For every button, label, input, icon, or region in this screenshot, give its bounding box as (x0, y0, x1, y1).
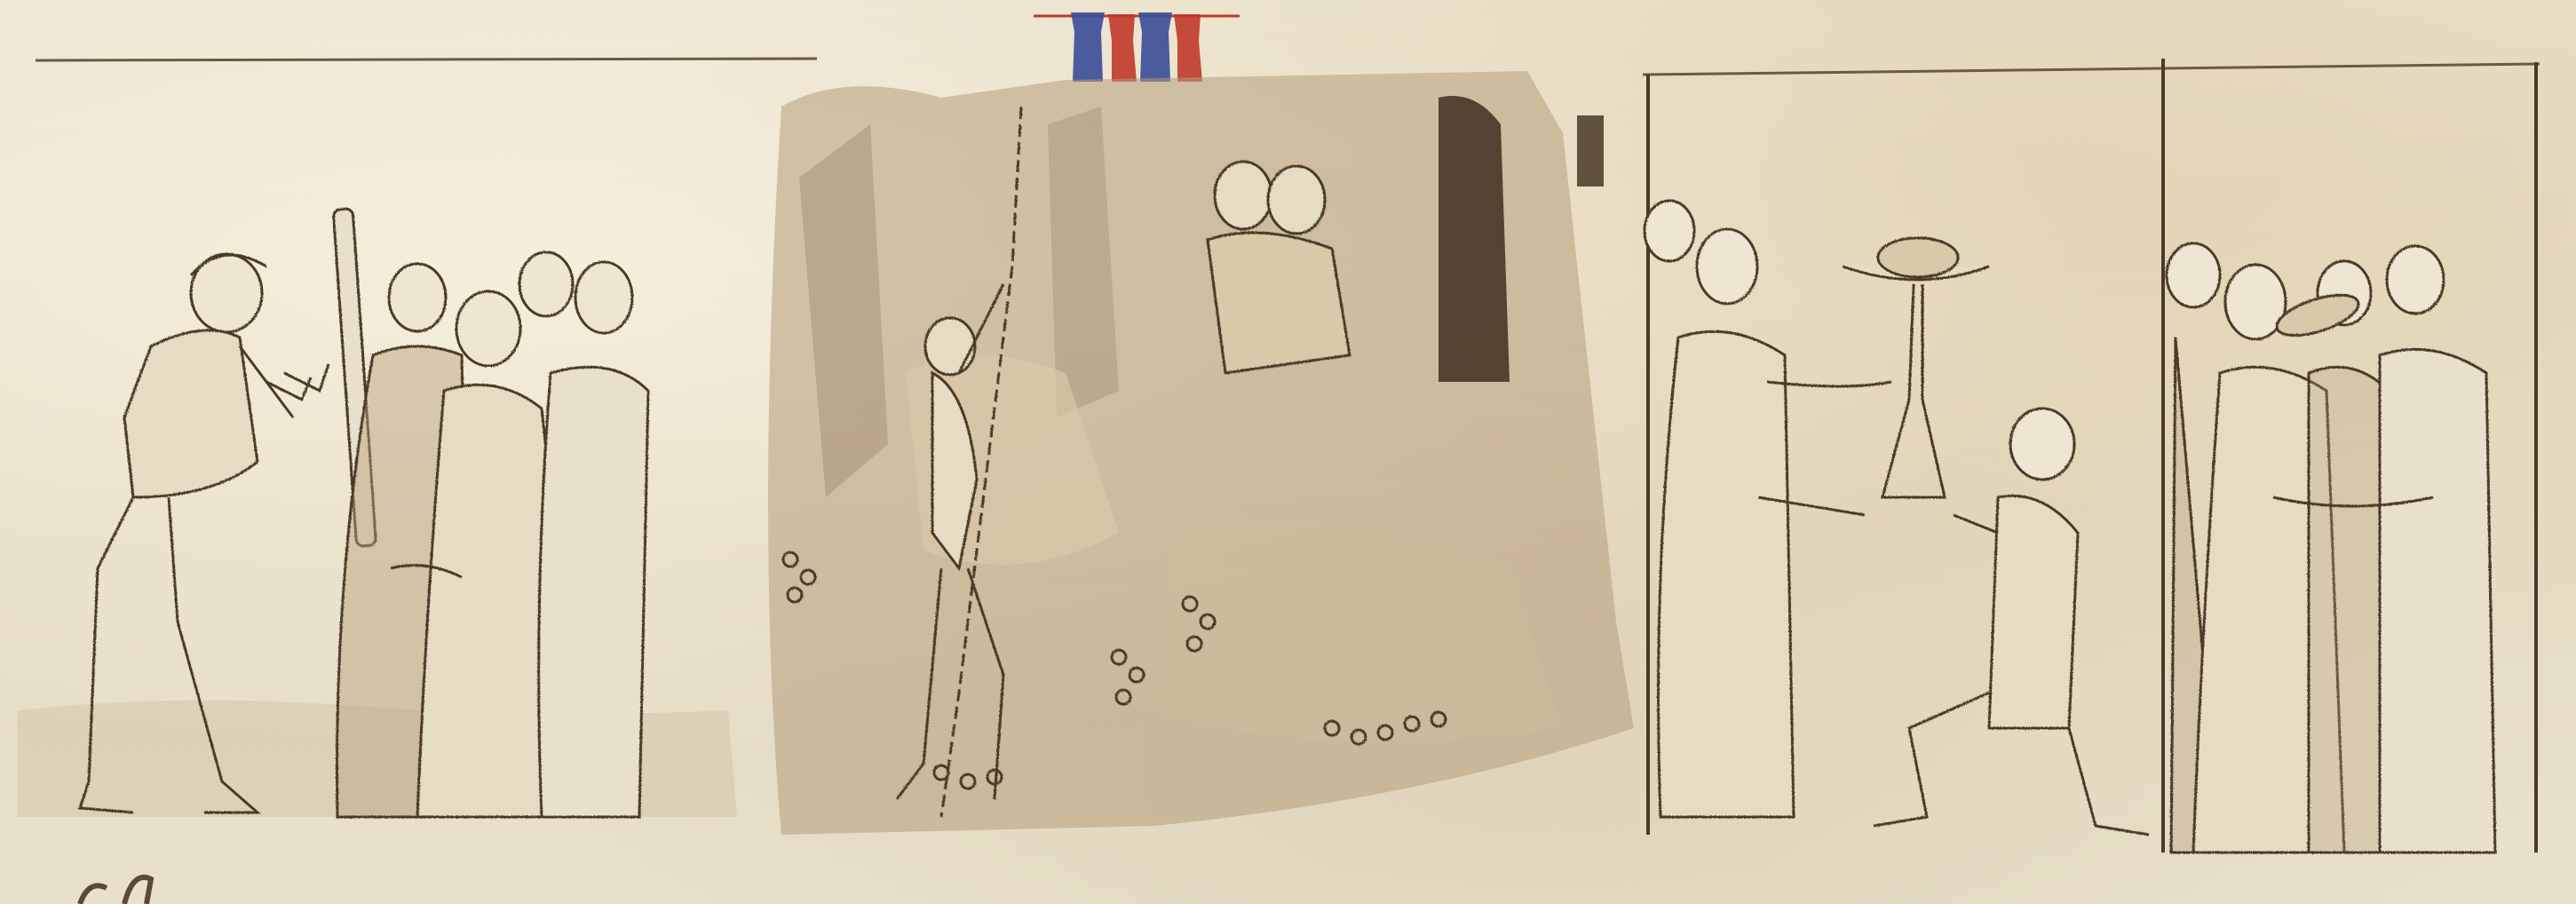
manuscript-page (0, 0, 2576, 904)
window-slit (1577, 115, 1604, 186)
kneeling-man (1874, 408, 2149, 835)
drawing-canvas (0, 0, 2576, 904)
scene-4 (2167, 243, 2495, 852)
woman-offering-dish (1645, 201, 1891, 817)
top-rule-line (36, 59, 817, 60)
women-group-figures (333, 209, 648, 817)
cropped-text-line (80, 877, 151, 904)
footed-dish-with-loaves (1843, 238, 1989, 497)
arched-doorway (1439, 96, 1510, 382)
scene-2 (768, 71, 1634, 835)
scene-3 (1645, 201, 2149, 835)
